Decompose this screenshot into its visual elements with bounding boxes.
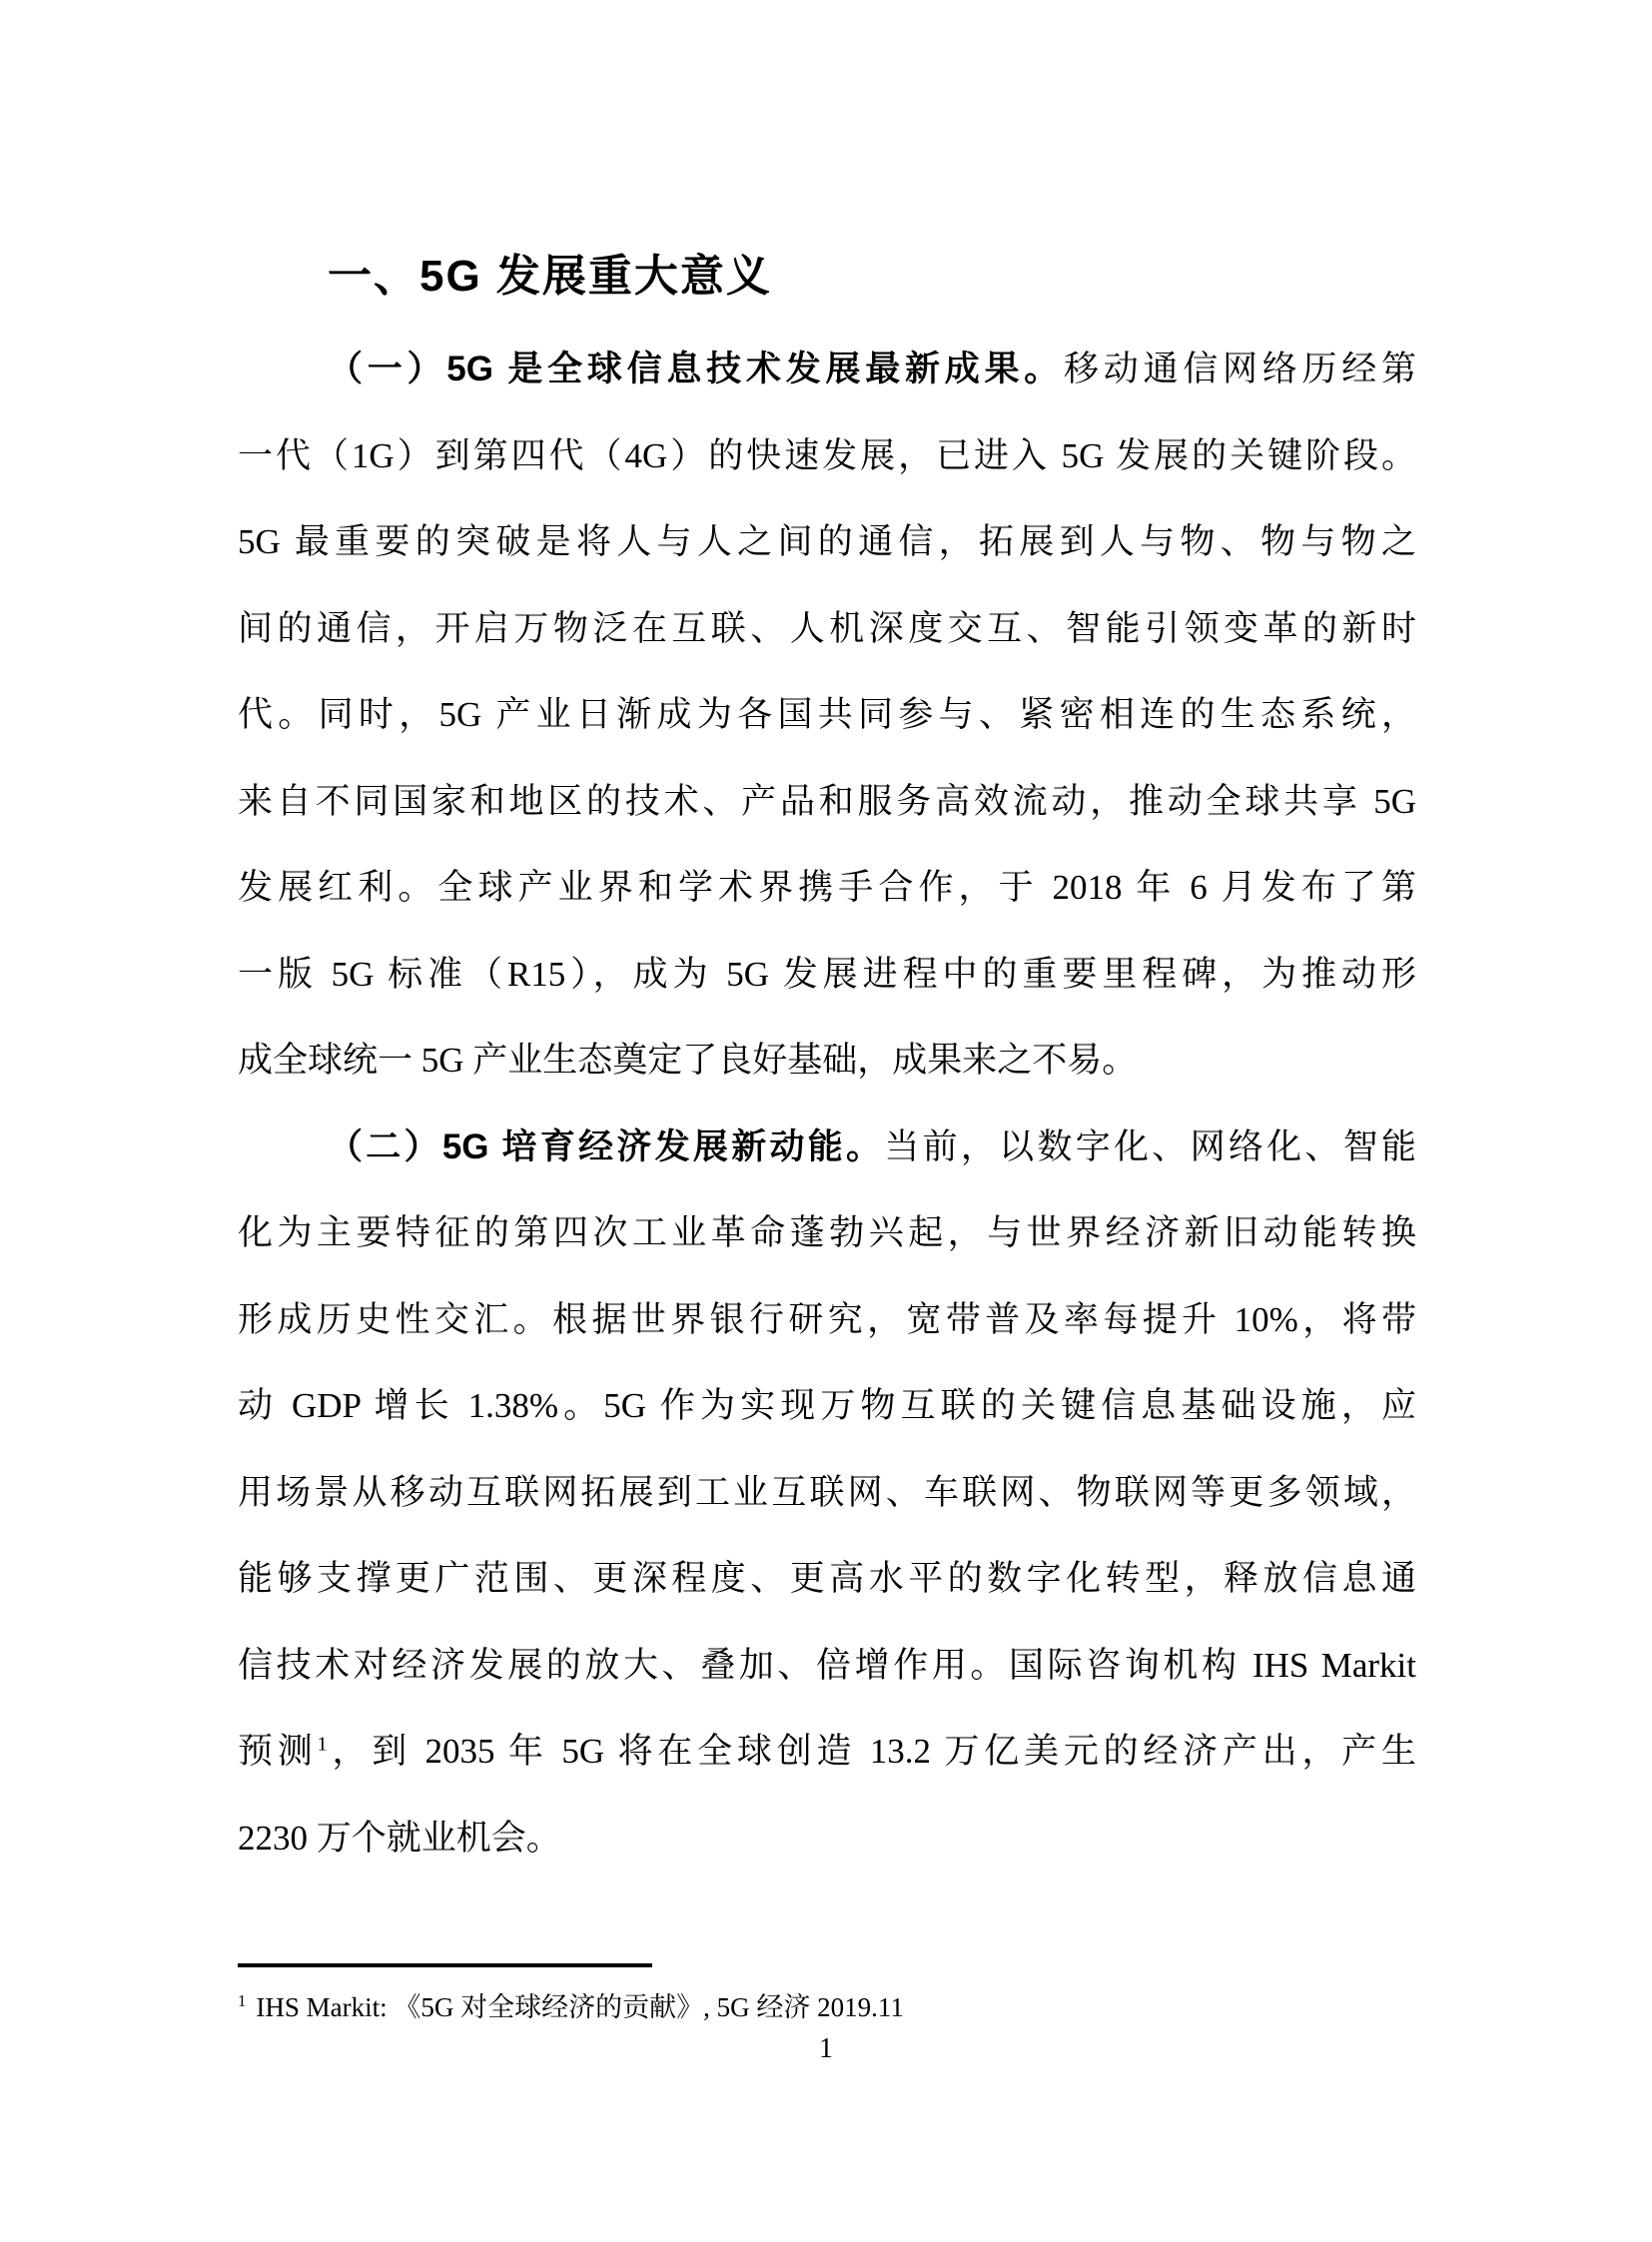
- text-run: 当前，以数字化、网络化、智能: [884, 1127, 1416, 1166]
- footnote: 1IHS Markit: 《5G 对全球经济的贡献》, 5G 经济 2019.1…: [238, 1981, 1416, 2027]
- para-2-5g-economic-momentum-line-4: 动 GDP 增长 1.38%。5G 作为实现万物互联的关键信息基础设施，应: [238, 1363, 1416, 1450]
- para-2-5g-economic-momentum-line-5: 用场景从移动互联网拓展到工业互联网、车联网、物联网等更多领域，: [238, 1450, 1416, 1537]
- para-1-5g-global-achievement-line-2: 一代（1G）到第四代（4G）的快速发展，已进入 5G 发展的关键阶段。: [238, 413, 1416, 500]
- para-2-5g-economic-momentum-line-9: 2230 万个就业机会。: [238, 1796, 1416, 1882]
- text-run: 动 GDP 增长 1.38%。5G 作为实现万物互联的关键信息基础设施，应: [238, 1386, 1416, 1425]
- para-2-5g-economic-momentum-line-3: 形成历史性交汇。根据世界银行研究，宽带普及率每提升 10%，将带: [238, 1277, 1416, 1364]
- text-run: ，到 2035 年 5G 将在全球创造 13.2 万亿美元的经济产出，产生: [328, 1732, 1416, 1771]
- para-2-5g-economic-momentum-line-7: 信技术对经济发展的放大、叠加、倍增作用。国际咨询机构 IHS Markit: [238, 1623, 1416, 1710]
- text-run: 代。同时，5G 产业日渐成为各国共同参与、紧密相连的生态系统，: [238, 695, 1416, 734]
- para-1-5g-global-achievement-line-5: 代。同时，5G 产业日渐成为各国共同参与、紧密相连的生态系统，: [238, 672, 1416, 759]
- para-2-5g-economic-momentum-line-6: 能够支撑更广范围、更深程度、更高水平的数字化转型，释放信息通: [238, 1536, 1416, 1623]
- footnote-marker: 1: [238, 1991, 246, 2010]
- text-run: 间的通信，开启万物泛在互联、人机深度交互、智能引领变革的新时: [238, 609, 1416, 648]
- text-run: 能够支撑更广范围、更深程度、更高水平的数字化转型，释放信息通: [238, 1559, 1416, 1598]
- text-run: 一版 5G 标准（R15），成为 5G 发展进程中的重要里程碑，为推动形: [238, 955, 1416, 994]
- para-1-5g-global-achievement-line-1: （一）5G 是全球信息技术发展最新成果。移动通信网络历经第: [238, 327, 1416, 413]
- footnote-divider: [238, 1963, 652, 1967]
- para-1-5g-global-achievement-line-4: 间的通信，开启万物泛在互联、人机深度交互、智能引领变革的新时: [238, 586, 1416, 673]
- bold-run: （二）5G 培育经济发展新动能。: [328, 1127, 884, 1166]
- text-run: 一代（1G）到第四代（4G）的快速发展，已进入 5G 发展的关键阶段。: [238, 436, 1416, 475]
- text-run: 预测: [238, 1732, 318, 1771]
- text-run: 用场景从移动互联网拓展到工业互联网、车联网、物联网等更多领域，: [238, 1473, 1416, 1512]
- para-2-5g-economic-momentum-line-8: 预测1，到 2035 年 5G 将在全球创造 13.2 万亿美元的经济产出，产生: [238, 1709, 1416, 1796]
- text-run: 信技术对经济发展的放大、叠加、倍增作用。国际咨询机构 IHS Markit: [238, 1646, 1416, 1685]
- para-1-5g-global-achievement-line-3: 5G 最重要的突破是将人与人之间的通信，拓展到人与物、物与物之: [238, 499, 1416, 586]
- bold-run: （一）5G 是全球信息技术发展最新成果。: [328, 350, 1064, 388]
- text-run: 成全球统一 5G 产业生态奠定了良好基础，成果来之不易。: [238, 1041, 1137, 1080]
- para-2-5g-economic-momentum-line-2: 化为主要特征的第四次工业革命蓬勃兴起，与世界经济新旧动能转换: [238, 1190, 1416, 1277]
- text-run: 移动通信网络历经第: [1064, 350, 1416, 388]
- document-page: 一、5G 发展重大意义 （一）5G 是全球信息技术发展最新成果。移动通信网络历经…: [0, 0, 1652, 2242]
- page-number: 1: [0, 2031, 1652, 2067]
- text-run: 化为主要特征的第四次工业革命蓬勃兴起，与世界经济新旧动能转换: [238, 1213, 1416, 1252]
- document-body: 一、5G 发展重大意义 （一）5G 是全球信息技术发展最新成果。移动通信网络历经…: [238, 227, 1416, 1881]
- para-2-5g-economic-momentum-line-1: （二）5G 培育经济发展新动能。当前，以数字化、网络化、智能: [238, 1105, 1416, 1191]
- para-1-5g-global-achievement-line-8: 一版 5G 标准（R15），成为 5G 发展进程中的重要里程碑，为推动形: [238, 932, 1416, 1019]
- section-heading: 一、5G 发展重大意义: [328, 227, 1416, 327]
- para-1-5g-global-achievement-line-6: 来自不同国家和地区的技术、产品和服务高效流动，推动全球共享 5G: [238, 759, 1416, 846]
- text-run: 2230 万个就业机会。: [238, 1819, 561, 1858]
- text-run: 5G 最重要的突破是将人与人之间的通信，拓展到人与物、物与物之: [238, 522, 1416, 561]
- footnote-reference: 1: [318, 1733, 328, 1755]
- para-1-5g-global-achievement-line-9: 成全球统一 5G 产业生态奠定了良好基础，成果来之不易。: [238, 1018, 1416, 1105]
- para-1-5g-global-achievement-line-7: 发展红利。全球产业界和学术界携手合作，于 2018 年 6 月发布了第: [238, 845, 1416, 932]
- text-run: 发展红利。全球产业界和学术界携手合作，于 2018 年 6 月发布了第: [238, 868, 1416, 907]
- footnote-text: IHS Markit: 《5G 对全球经济的贡献》, 5G 经济 2019.11: [256, 1992, 904, 2022]
- text-run: 形成历史性交汇。根据世界银行研究，宽带普及率每提升 10%，将带: [238, 1300, 1416, 1339]
- text-run: 来自不同国家和地区的技术、产品和服务高效流动，推动全球共享 5G: [238, 782, 1416, 821]
